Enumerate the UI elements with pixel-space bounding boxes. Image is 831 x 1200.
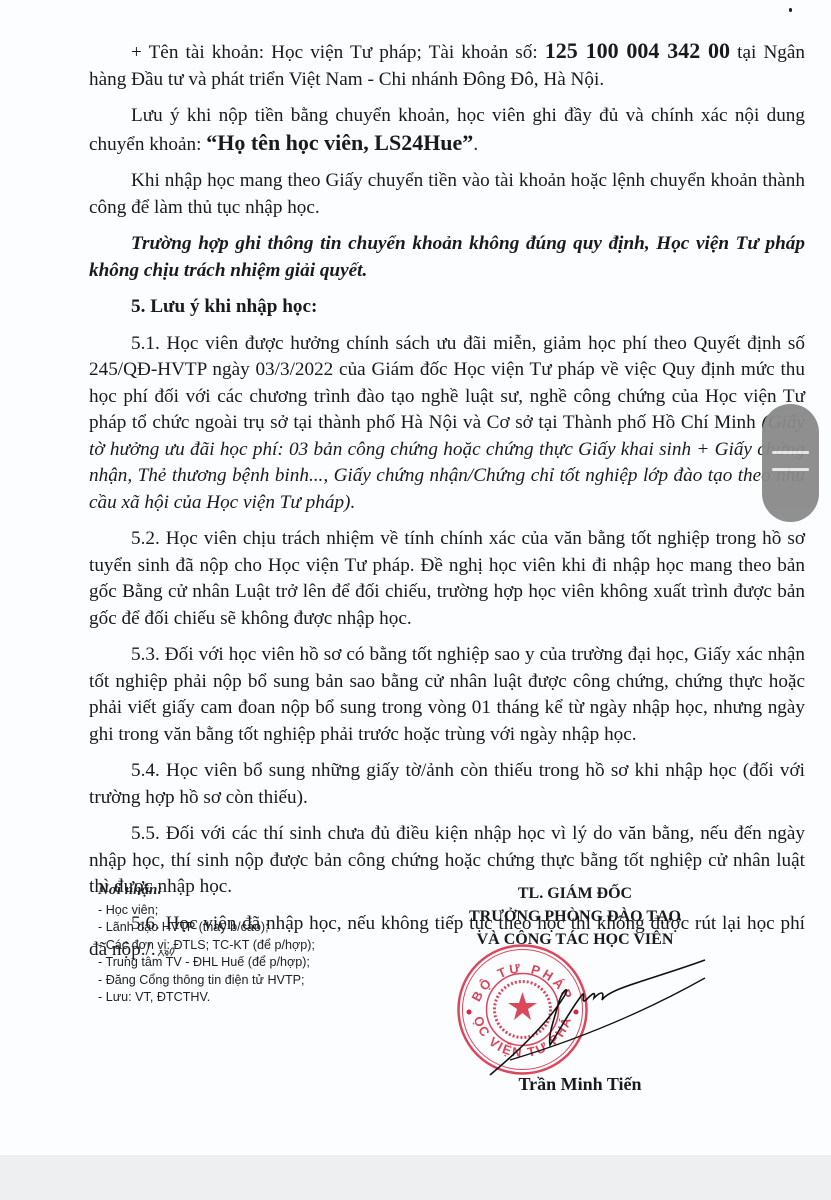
recipient-item: - Học viên; (98, 902, 418, 920)
section-heading: 5. Lưu ý khi nhập học: (89, 294, 805, 321)
item-5-1-text: 5.1. Học viên được hưởng chính sách ưu đ… (89, 333, 805, 434)
recipient-item: - Các đơn vị: ĐTLS; TC-KT (để p/hợp); (98, 937, 418, 955)
grip-line-icon (772, 451, 809, 454)
transfer-note: Lưu ý khi nộp tiền bằng chuyển khoản, họ… (89, 103, 805, 158)
transfer-content: “Họ tên học viên, LS24Hue” (206, 130, 473, 155)
recipient-item: - Đăng Cổng thông tin điện tử HVTP; (98, 972, 418, 990)
signature-title-2: TRƯỞNG PHÒNG ĐÀO TẠO (440, 905, 710, 928)
item-5-3: 5.3. Đối với học viên hồ sơ có bằng tốt … (89, 642, 805, 748)
signature-block: TL. GIÁM ĐỐC TRƯỞNG PHÒNG ĐÀO TẠO VÀ CÔN… (440, 882, 710, 951)
account-info: + Tên tài khoản: Học viện Tư pháp; Tài k… (89, 38, 805, 93)
document-body: + Tên tài khoản: Học viện Tư pháp; Tài k… (89, 38, 805, 974)
scan-speck (789, 8, 792, 12)
recipients-title: Nơi nhận: (98, 882, 418, 900)
signature-title-1: TL. GIÁM ĐỐC (440, 882, 710, 905)
bottom-bar (0, 1155, 831, 1200)
account-number: 125 100 004 342 00 (545, 38, 730, 63)
signature-title-3: VÀ CÔNG TÁC HỌC VIÊN (440, 928, 710, 951)
recipient-item: - Lưu: VT, ĐTCTHV. (98, 989, 418, 1007)
recipient-item: - Trung tâm TV - ĐHL Huế (để p/hợp); (98, 954, 418, 972)
transfer-note-suffix: . (473, 134, 478, 155)
scroll-handle[interactable] (762, 404, 819, 522)
recipients-block: Nơi nhận: - Học viên; - Lãnh đạo HVTP (t… (98, 882, 418, 1007)
grip-line-icon (772, 468, 809, 471)
signer-name: Trần Minh Tiến (440, 1074, 720, 1095)
handwritten-signature-icon (470, 950, 710, 1080)
warning-note: Trường hợp ghi thông tin chuyển khoản kh… (89, 231, 805, 284)
item-5-2: 5.2. Học viên chịu trách nhiệm về tính c… (89, 526, 805, 632)
bring-receipt-note: Khi nhập học mang theo Giấy chuyển tiền … (89, 168, 805, 221)
item-5-4: 5.4. Học viên bổ sung những giấy tờ/ảnh … (89, 758, 805, 811)
recipient-item: - Lãnh đạo HVTP (thay b/cáo); (98, 919, 418, 937)
item-5-1: 5.1. Học viên được hưởng chính sách ưu đ… (89, 331, 805, 517)
account-prefix: + Tên tài khoản: Học viện Tư pháp; Tài k… (131, 42, 545, 63)
